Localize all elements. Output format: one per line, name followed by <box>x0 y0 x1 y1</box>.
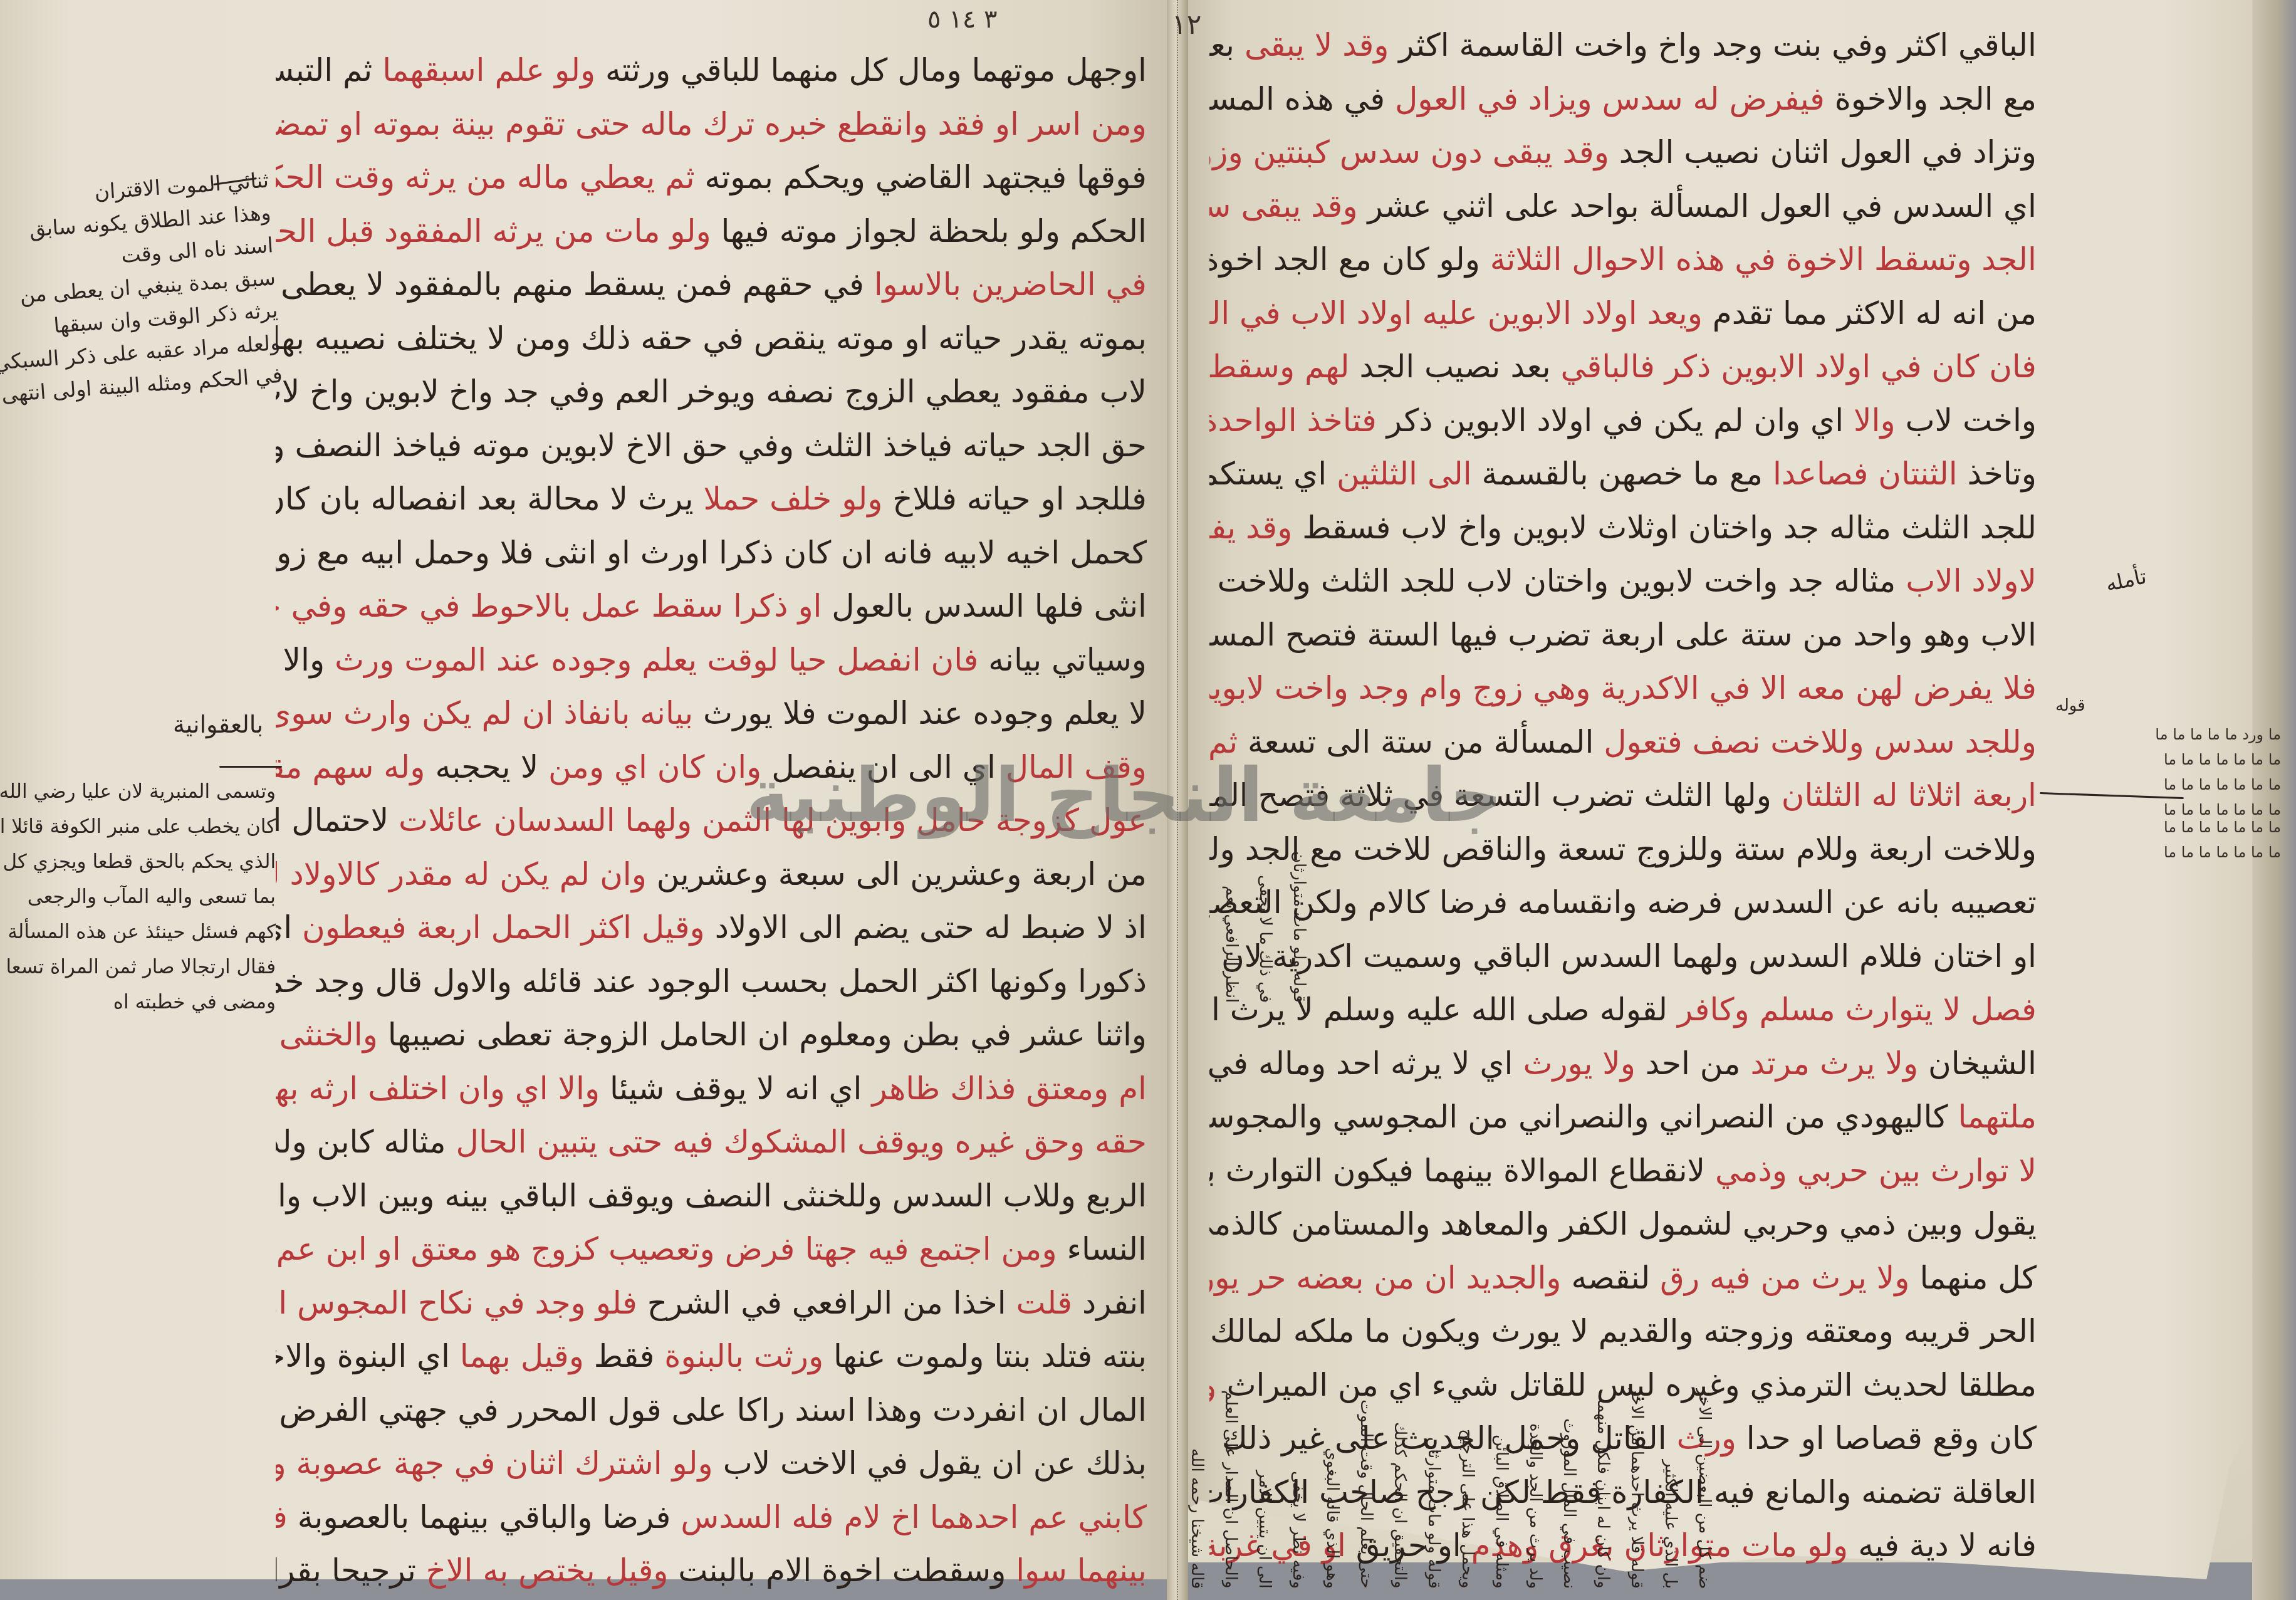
rubric-segment: ولو علم اسبقهما <box>372 52 595 88</box>
text-segment: اوجهل موتهما ومال كل منهما للباقي ورثته <box>595 52 1147 88</box>
text-line: فوقها فيجتهد القاضي ويحكم بموته ثم يعطي … <box>276 151 1147 205</box>
text-segment: مع ما خصهن بالقسمة <box>1472 456 1763 492</box>
rubric-segment: ورثت بالبنوة <box>654 1338 823 1374</box>
text-segment: الشيخان <box>1918 1045 2037 1082</box>
text-line: الحكم ولو بلحظة لجواز موته فيها ولو مات … <box>276 205 1147 259</box>
text-segment: مع الجد والاخوة <box>1825 81 2037 117</box>
text-line: من انه له الاكثر مما تقدم ويعد اولاد الا… <box>1209 287 2037 341</box>
margin-note-line: وتسمى المنبرية لان عليا رضي الله عنه <box>25 774 276 809</box>
rubric-segment: والجديد ان من بعضه حر يورث <box>1209 1260 1562 1296</box>
text-line: فصل لا يتوارث مسلم وكافر لقوله صلى الله … <box>1209 983 2037 1037</box>
text-segment: ذكورا وكونها اكثر الحمل بحسب الوجود عند … <box>276 963 1147 1000</box>
rubric-segment: والا <box>1844 402 1895 439</box>
rubric-segment: وقد لا يبقى <box>1234 27 1389 63</box>
text-line: النساء ومن اجتمع فيه جهتا فرض وتعصيب كزو… <box>276 1223 1147 1277</box>
text-segment: بموته يقدر حياته او موته ينقص في حقه ذلك… <box>276 320 1147 357</box>
text-segment: اي يستكملانهما <box>1209 456 1327 492</box>
rubric-segment: ولو خلف حملا <box>694 481 883 517</box>
text-segment: تعصيبه بانه عن السدس فرضه وانقسامه فرضا … <box>1209 884 2037 921</box>
text-line: الباقي اكثر وفي بنت وجد واخ واخت القاسمة… <box>1209 19 2037 73</box>
text-line: لاب مفقود يعطي الزوج نصفه ويوخر العم وفي… <box>276 365 1147 419</box>
text-segment: المال ان انفردت وهذا اسند راكا على قول ا… <box>276 1392 1147 1428</box>
text-segment: فرضا والباقي بينهما بالعصوبة <box>288 1499 671 1535</box>
text-segment: وسقطت اخوة الام بالبنت <box>668 1552 1006 1589</box>
rubric-segment: ولو مات من يرثه المفقود قبل الحكم بموته … <box>276 213 711 249</box>
text-line: او اختان فللام السدس ولهما السدس الباقي … <box>1209 930 2037 984</box>
text-segment: اي وان لم يكن في اولاد الابوين ذكر <box>1377 402 1844 439</box>
margin-note-line: فقال ارتجالا صار ثمن المراة تسعا <box>25 949 276 985</box>
text-line: بموته يقدر حياته او موته ينقص في حقه ذلك… <box>276 312 1147 366</box>
margin-note-line: ضم كل من البعضين الى الاخر <box>1692 1388 1717 1589</box>
rubric-segment: والخنثى المشكل ان لم يختلف ارثه <box>276 1017 378 1053</box>
rubric-segment: وقيل اكثر الحمل اربعة فيعطون <box>292 909 705 946</box>
rubric-segment: فصل لا يتوارث مسلم وكافر <box>1667 991 2037 1028</box>
text-segment: من اربعة وعشرين الى سبعة وعشرين <box>647 856 1147 892</box>
text-segment: في حقهم فمن يسقط منهم بالمفقود لا يعطى ش… <box>276 266 864 303</box>
text-segment: اي لا يرثه احد وماله فيء <box>1209 1045 1513 1082</box>
rubric-segment: لاولاد الاب <box>1896 563 2037 599</box>
text-segment: اذ لا ضبط له حتى يضم الى الاولاد <box>705 909 1147 946</box>
margin-note-line: ومثله في الطلاق البائن <box>1489 1388 1514 1589</box>
rubric-segment: الجد وتسقط الاخوة في هذه الاحوال الثلاثة <box>1480 241 2037 278</box>
text-segment: ترجيحا بقرابة الام كاخ لابوين مع الاخ لا… <box>276 1552 416 1589</box>
text-segment: واخت لاب <box>1896 402 2037 439</box>
margin-note-line: ومضى في خطبته اه <box>25 985 276 1020</box>
rubric-segment: وله سهم مقدر اعطيه عائلا ان امكن <box>276 749 425 785</box>
text-segment: الباقي اكثر وفي بنت وجد واخ واخت القاسمة… <box>1389 27 2037 63</box>
text-segment: بنته فتلد بنتا ولموت عنها <box>823 1338 1147 1374</box>
rubric-segment: ملتهما <box>1948 1099 2037 1135</box>
margin-note-line: ما ما ما ما ما ما ما <box>2055 747 2281 772</box>
text-segment: النساء <box>1057 1231 1147 1267</box>
text-line: حقه وحق غيره ويوقف المشكوك فيه حتى يتبين… <box>276 1116 1147 1169</box>
text-line: الحر قريبه ومعتقه وزوجته والقديم لا يورث… <box>1209 1305 2037 1359</box>
text-line: لاولاد الاب مثاله جد واخت لابوين واختان … <box>1209 555 2037 609</box>
text-line: ومن اسر او فقد وانقطع خبره ترك ماله حتى … <box>276 98 1147 152</box>
text-line: انثى فلها السدس بالعول او ذكرا سقط عمل ب… <box>276 580 1147 634</box>
rubric-segment: الثنتان فصاعدا <box>1763 456 1958 492</box>
text-segment: من انه له الاكثر مما تقدم <box>1703 295 2037 332</box>
rubric-segment: فان انفصل حيا لوقت يعلم وجوده عند الموت … <box>325 642 978 678</box>
text-segment: الحكم ولو بلحظة لجواز موته فيها <box>711 213 1147 249</box>
margin-note-line: ما ما ما ما ما ما ما <box>2055 815 2281 840</box>
text-line: وسياتي بيانه فان انفصل حيا لوقت يعلم وجو… <box>276 634 1147 688</box>
rubric-segment: الى الثلثين <box>1327 456 1472 492</box>
rubric-segment: وان كان اي ومن <box>538 749 761 785</box>
university-watermark: جامعة النجاح الوطنية <box>746 752 1503 839</box>
margin-note-line: وان كان له ابنان فلكل منهما <box>1590 1388 1615 1589</box>
text-segment: اخذا من الرافعي في الشرح <box>637 1285 1006 1321</box>
rubric-segment: قلت <box>1006 1285 1072 1321</box>
rubric-segment: كابني عم احدهما اخ لام فله السدس <box>671 1499 1147 1535</box>
text-line: ام ومعتق فذاك ظاهر اي انه لا يوقف شيئا و… <box>276 1062 1147 1116</box>
margin-note-line: الذي يحكم بالحق قطعا ويجزي كل نفس <box>25 844 276 879</box>
text-line: كل منهما ولا يرث من فيه رق لنقصه والجديد… <box>1209 1252 2037 1305</box>
rubric-segment: ولا يرث من فيه رق <box>1650 1260 1909 1296</box>
text-line: يقول وبين ذمي وحربي لشمول الكفر والمعاهد… <box>1209 1198 2037 1252</box>
rubric-segment: وقيل بهما <box>450 1338 584 1374</box>
text-line: لا يعلم وجوده عند الموت فلا يورث بيانه ب… <box>276 687 1147 741</box>
text-line: للجد الثلث مثاله جد واختان اوثلاث لابوين… <box>1209 501 2037 555</box>
text-segment: الربع وللاب السدس وللخنثى النصف ويوقف ال… <box>276 1178 1147 1214</box>
rubric-segment: ومن اجتمع فيه جهتا فرض وتعصيب كزوج هو مع… <box>276 1231 1057 1267</box>
rubric-segment: وقد يفضل عن النصف فيكون الفاضل <box>1209 510 1292 546</box>
text-line: مع الجد والاخوة فيفرض له سدس ويزاد في ال… <box>1209 73 2037 127</box>
text-segment: او اختان فللام السدس ولهما السدس الباقي … <box>1209 938 2037 975</box>
text-line: كحمل اخيه لابيه فانه ان كان ذكرا اورث او… <box>276 526 1147 580</box>
text-segment: مثاله كابن ولد خنثى للزوج <box>276 1124 446 1160</box>
rubric-segment: لهم وسقط اولاد الاب <box>1209 348 1350 385</box>
text-segment: وتزاد في العول اثنان نصيب الجد <box>1609 134 2037 170</box>
text-segment: من احد <box>1636 1045 1741 1082</box>
text-line: فلا يفرض لهن معه الا في الاكدرية وهي زوج… <box>1209 662 2037 716</box>
text-line: اذ لا ضبط له حتى يضم الى الاولاد وقيل اك… <box>276 901 1147 955</box>
text-segment: كل منهما <box>1909 1260 2037 1296</box>
text-segment: لاحتمال ان الحمل بنتان فتعول المسألة <box>276 802 389 839</box>
text-segment: ولو كان مع الجد اخوة واخوات <box>1209 241 1480 278</box>
text-line: واخت لاب والا اي وان لم يكن في اولاد الا… <box>1209 394 2037 448</box>
rubric-segment: وقد يبقى دون سدس كبنتين وزوج <box>1209 134 1609 170</box>
margin-note-line: نصيب في المال الموروث <box>1557 1388 1582 1589</box>
rubric-segment: فتاخذ الواحدة <box>1209 402 1377 439</box>
rubric-segment: ام ومعتق فذاك ظاهر <box>862 1070 1147 1107</box>
note-arrow-stroke <box>219 766 282 768</box>
text-segment: يقول وبين ذمي وحربي لشمول الكفر والمعاهد… <box>1209 1206 2037 1242</box>
text-segment: اي السدس في العول المسألة بواحد على اثني… <box>1358 188 2037 224</box>
margin-note-line: قوله فلا يرث احدهما من الاخر <box>1624 1388 1649 1589</box>
rubric-segment: والا اي وان اختلف ارثه بهما فيعمل باليقي… <box>276 1070 600 1107</box>
text-line: الجد وتسقط الاخوة في هذه الاحوال الثلاثة… <box>1209 233 2037 287</box>
text-segment: في هذه المسألة فاصلها من اثني عشر وعالت … <box>1209 81 1385 117</box>
text-segment: فوقها فيجتهد القاضي ويحكم بموته <box>695 159 1147 196</box>
rubric-segment: وقيل يختص به الاخ <box>416 1552 669 1589</box>
text-segment: وسياتي بيانه <box>978 642 1147 678</box>
text-segment: لا يحجبه <box>425 749 538 785</box>
text-segment: للجد الثلث مثاله جد واختان اوثلاث لابوين… <box>1292 510 2037 546</box>
text-line: فان كان في اولاد الابوين ذكر فالباقي بعد… <box>1209 340 2037 394</box>
text-segment: والا بان انفصل ميتا او حيا لوقت <box>276 642 325 678</box>
text-line: بنته فتلد بنتا ولموت عنها ورثت بالبنوة ف… <box>276 1330 1147 1384</box>
rubric-segment: فان كان في اولاد الابوين ذكر فالباقي <box>1551 348 2037 385</box>
rubric-segment: حقه وحق غيره ويوقف المشكوك فيه حتى يتبين… <box>446 1124 1147 1160</box>
text-line: اي السدس في العول المسألة بواحد على اثني… <box>1209 180 2037 234</box>
margin-note-line: بما تسعى واليه المآب والرجعى <box>25 879 276 914</box>
margin-note-left-lower-heading: بالعقوانية <box>125 708 263 741</box>
rubric-segment: وان لم يكن له مقدر كالاولاد لم يعطوا شيئ… <box>276 856 647 892</box>
text-line: من اربعة وعشرين الى سبعة وعشرين وان لم ي… <box>276 848 1147 902</box>
text-line: الربع وللاب السدس وللخنثى النصف ويوقف ال… <box>276 1169 1147 1223</box>
rubric-segment: فلو كان معهما بنت فلها النصف والباقي <box>276 1499 288 1535</box>
rubric-segment: ثم يعطي ماله من يرثه وقت الحكم <box>276 159 695 196</box>
text-segment: بعد نصيب الجد <box>1350 348 1551 385</box>
margin-note-line: ويحمل هذا على الترجيح <box>1455 1388 1480 1589</box>
text-segment: وتاخذ <box>1958 456 2037 492</box>
text-segment: ثم التبس وقف الميراث حتى يتبين او يصطلحو… <box>276 52 372 88</box>
rubric-segment: ولا يورث <box>1513 1045 1635 1082</box>
margin-note-line: قوله ولو مات متوارثان <box>1421 1388 1446 1589</box>
rubric-segment: في الحاضرين بالاسوا <box>864 266 1147 303</box>
text-line: كابني عم احدهما اخ لام فله السدس فرضا وا… <box>276 1491 1147 1545</box>
text-segment: لاب مفقود يعطي الزوج نصفه ويوخر العم وفي… <box>276 374 1147 410</box>
margin-note-line: حتى يعلم الحال وقت الموت <box>1354 1388 1379 1589</box>
text-segment: حق الجد حياته فياخذ الثلث وفي حق الاخ لا… <box>276 427 1147 464</box>
text-line: المال ان انفردت وهذا اسند راكا على قول ا… <box>276 1384 1147 1438</box>
margin-note-line: والتحقيق ان الحكم كذلك <box>1387 1388 1412 1589</box>
text-segment: يرث لا محالة بعد انفصاله بان كان منه او … <box>276 481 694 517</box>
rubric-segment: فلو وجد في نكاح المجوس او الشبهة بنت هي … <box>276 1285 637 1321</box>
top-folio-note: ٣ ١٤ ٥ <box>927 5 997 34</box>
text-line: واثنا عشر في بطن ومعلوم ان الحامل الزوجة… <box>276 1008 1147 1062</box>
margin-note-line: وفيه نظر لا يخفى <box>1286 1388 1311 1589</box>
rubric-segment: بيانه بانفاذ ان لم يكن وارث سوى الحمل وك… <box>276 695 693 731</box>
text-segment: اي انه لا يوقف شيئا <box>600 1070 862 1107</box>
text-segment: اي البنوة والاخوة <box>276 1338 450 1374</box>
text-segment: انثى فلها السدس بالعول <box>822 588 1147 624</box>
text-segment: فقط <box>584 1338 655 1374</box>
margin-note-line: ولد يرث من الجد والجدة <box>1523 1388 1548 1589</box>
margin-note-line: كهم فسئل حينئذ عن هذه المسألة <box>25 914 276 949</box>
margin-note-left-upper: ثنائي الموت الاقترانوهذا عند الطلاق يكون… <box>18 164 283 409</box>
text-line: وتزاد في العول اثنان نصيب الجد وقد يبقى … <box>1209 126 2037 180</box>
bottom-margin-notes: ضم كل من البعضين الى الاخربل الذي عليه ا… <box>1184 1388 1717 1595</box>
rubric-segment: او ذكرا سقط عمل بالاحوط في حقه وفي حق غي… <box>276 588 822 624</box>
text-line: ذكورا وكونها اكثر الحمل بحسب الوجود عند … <box>276 955 1147 1009</box>
text-segment: كحمل اخيه لابيه فانه ان كان ذكرا اورث او… <box>276 535 1147 571</box>
rubric-segment: ويعد اولاد الابوين عليه اولاد الاب في ال… <box>1209 295 1703 332</box>
text-line: الاب وهو واحد من ستة على اربعة تضرب فيها… <box>1209 609 2037 662</box>
page-number: ١٢ <box>1172 9 1201 41</box>
text-segment: فللجد او حياته فللاخ <box>882 481 1147 517</box>
rubric-segment: وقد يبقى سدس كبنتين وام مع الجد والاخوة … <box>1209 188 1358 224</box>
margin-note-line: وهو الذي قاله البغوي <box>1320 1388 1345 1589</box>
margin-note-line: الى ان يتبين الامر <box>1252 1388 1277 1589</box>
rubric-segment: لا توارث بين حربي وذمي <box>1705 1153 2037 1189</box>
text-line: وتاخذ الثنتان فصاعدا مع ما خصهن بالقسمة … <box>1209 447 2037 501</box>
margin-note-right-lower-2: ما ما ما ما ما ما ماما ما ما ما ما ما ما <box>2055 815 2281 865</box>
text-line: لا توارث بين حربي وذمي لانقطاع الموالاة … <box>1209 1144 2037 1198</box>
text-line: بينهما سوا وسقطت اخوة الام بالبنت وقيل ي… <box>276 1544 1147 1598</box>
text-segment: لنقصه <box>1562 1260 1651 1296</box>
text-line: تعصيبه بانه عن السدس فرضه وانقسامه فرضا … <box>1209 876 2037 930</box>
text-line: الشيخان ولا يرث مرتد من احد ولا يورث اي … <box>1209 1037 2037 1091</box>
text-line: ملتهما كاليهودي من النصراني والنصراني من… <box>1209 1090 2037 1144</box>
text-segment: اي الاولاد <box>276 909 292 946</box>
rubric-segment: ومن اسر او فقد وانقطع خبره ترك ماله حتى … <box>276 106 1147 142</box>
text-line: بذلك عن ان يقول في الاخت لاب ولو اشترك ا… <box>276 1437 1147 1491</box>
text-segment: واثنا عشر في بطن ومعلوم ان الحامل الزوجة… <box>378 1017 1147 1053</box>
text-segment: الاب وهو واحد من ستة على اربعة تضرب فيها… <box>1209 617 2037 653</box>
text-segment: بعد الفرض <box>1209 27 1234 63</box>
text-segment: بذلك عن ان يقول في الاخت لاب <box>713 1445 1147 1482</box>
margin-note-line: والحاصل ان المدار على العلم <box>1218 1388 1243 1589</box>
rubric-segment: ولو اشترك اثنان في جهة عصوبة وزاد احدهما… <box>276 1445 713 1482</box>
text-line: في الحاضرين بالاسوا في حقهم فمن يسقط منه… <box>276 258 1147 312</box>
rubric-segment: بينهما سوا <box>1006 1552 1147 1589</box>
margin-note-line: ما ورد ما ما ما ما ما <box>2055 722 2281 747</box>
text-line: فللجد او حياته فللاخ ولو خلف حملا يرث لا… <box>276 473 1147 526</box>
text-line: انفرد قلت اخذا من الرافعي في الشرح فلو و… <box>276 1277 1147 1331</box>
rubric-segment: وللجد سدس وللاخت نصف فتعول <box>1594 724 2037 760</box>
rubric-segment: اربعة اثلاثا له الثلثان <box>1772 777 2037 813</box>
margin-note-left-lower: وتسمى المنبرية لان عليا رضي الله عنهكان … <box>25 774 276 1020</box>
margin-note-line: ما ما ما ما ما ما ما <box>2055 840 2281 865</box>
text-segment: كاليهودي من النصراني والنصراني من المجوس… <box>1209 1099 1948 1135</box>
rubric-segment: ولا يرث مرتد <box>1741 1045 1918 1082</box>
text-segment: انفرد <box>1072 1285 1147 1321</box>
text-segment: فانه لا دية فيه <box>1848 1527 2037 1564</box>
text-segment: لا يعلم وجوده عند الموت فلا يورث <box>693 695 1147 731</box>
rubric-segment: فلا يفرض لهن معه الا في الاكدرية وهي زوج… <box>1209 670 2037 706</box>
margin-note-line: قاله شيخنا رحمه الله <box>1184 1388 1209 1589</box>
margin-note-right-lower: قوله ما ورد ما ما ما ما ماما ما ما ما ما… <box>2055 689 2281 822</box>
margin-note-line: بل الذي عليه الكثير <box>1658 1388 1683 1589</box>
text-segment: الحر قريبه ومعتقه وزوجته والقديم لا يورث… <box>1209 1313 2037 1349</box>
text-segment: مثاله جد واخت لابوين واختان لاب للجد الث… <box>1209 563 1896 599</box>
text-line: اوجهل موتهما ومال كل منهما للباقي ورثته … <box>276 44 1147 98</box>
text-segment: لانقطاع الموالاة بينهما فيكون التوارث بي… <box>1209 1153 1705 1189</box>
rubric-segment: فيفرض له سدس ويزاد في العول <box>1385 81 1825 117</box>
text-segment: كان وقع قصاصا او حدا <box>1736 1420 2037 1456</box>
text-line: حق الجد حياته فياخذ الثلث وفي حق الاخ لا… <box>276 419 1147 473</box>
margin-note-line: كان يخطب على منبر الكوفة قائلا الحمد <box>25 809 276 844</box>
